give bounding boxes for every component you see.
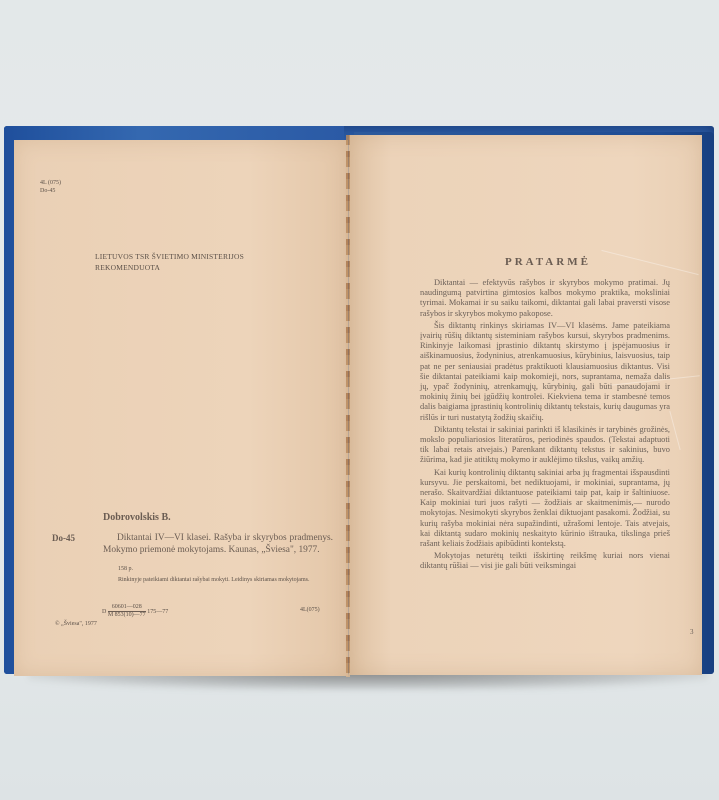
foreword-title: PRATARMĖ [505, 256, 591, 268]
index-right-code: 4L(075) [300, 607, 320, 614]
recommendation-line-2: REKOMENDUOTA [95, 262, 160, 273]
index-denominator: M 853(10)—77 [108, 612, 146, 619]
page-number: 3 [690, 628, 694, 636]
classification-code: 4L (075) [40, 180, 61, 187]
bibliographic-entry: Diktantai IV—VI klasei. Rašyba ir skyryb… [103, 532, 333, 556]
foreword-body: Diktantai — efektyvūs rašybos ir skyrybo… [420, 278, 670, 574]
foreword-paragraph: Kai kurių kontrolinių diktantų sakiniai … [420, 468, 670, 550]
foreword-paragraph: Diktantai — efektyvūs rašybos ir skyrybo… [420, 278, 670, 319]
index-suffix: 175—77 [147, 609, 168, 615]
index-numerator: 60601—028 [108, 604, 146, 612]
copyright: © „Šviesa", 1977 [55, 621, 97, 628]
catalog-code: Do-45 [40, 188, 55, 195]
foreword-paragraph: Šis diktantų rinkinys skiriamas IV—VI kl… [420, 321, 670, 423]
author-name: Dobrovolskis B. [103, 512, 171, 524]
index-prefix: D [102, 609, 106, 615]
catalog-mark: Do-45 [52, 532, 75, 544]
index-fraction: 60601—028 M 853(10)—77 [108, 604, 146, 619]
foreword-paragraph: Diktantų tekstai ir sakiniai parinkti iš… [420, 425, 670, 466]
book-spine-stitching [346, 135, 350, 677]
page-count: 158 p. [118, 566, 133, 573]
foreword-paragraph: Mokytojas neturėtų teikti išskirtinę rei… [420, 551, 670, 571]
left-page [14, 140, 348, 676]
index-line: D 60601—028 M 853(10)—77 175—77 [102, 604, 168, 619]
recommendation-line-1: LIETUVOS TSR ŠVIETIMO MINISTERIJOS [95, 251, 244, 262]
annotation: Rinkinyje pateikiami diktantai rašybai m… [118, 577, 328, 584]
